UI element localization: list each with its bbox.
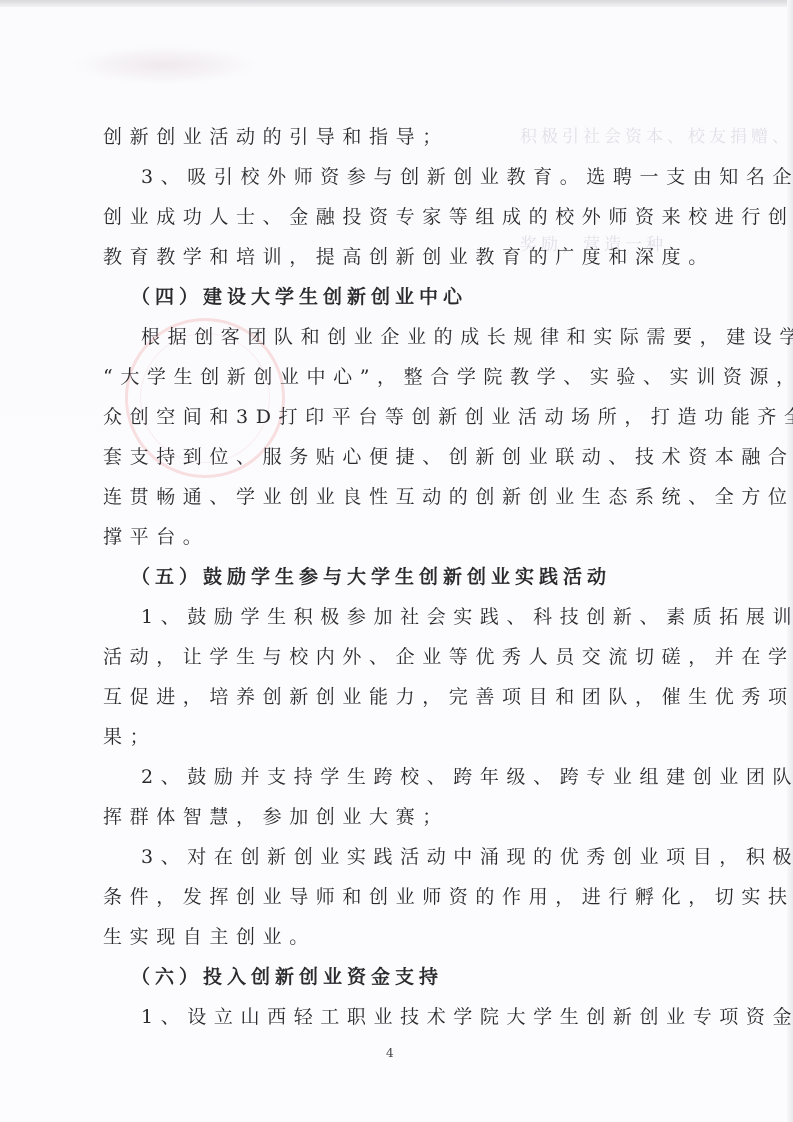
- paragraph-item-1: 1、设立山西轻工职业技术学院大学生创新创业专项资金，积: [103, 997, 689, 1037]
- paragraph-item-3: 3、对在创新创业实践活动中涌现的优秀创业项目，积极创造: [103, 837, 689, 877]
- page-number: 4: [386, 1046, 394, 1060]
- text-line: 撑平台。: [103, 517, 689, 557]
- paragraph-start: 根据创客团队和创业企业的成长规律和实际需要，建设学院: [103, 317, 689, 357]
- paragraph-item-3: 3、吸引校外师资参与创新创业教育。选聘一支由知名企业家、: [103, 157, 689, 197]
- text-line: 教育教学和培训，提高创新创业教育的广度和深度。: [103, 237, 689, 277]
- text-line: 挥群体智慧，参加创业大赛；: [103, 797, 689, 837]
- document-body: 创新创业活动的引导和指导； 3、吸引校外师资参与创新创业教育。选聘一支由知名企业…: [103, 117, 689, 1037]
- text-line: “大学生创新创业中心”，整合学院教学、实验、实训资源，构建: [103, 357, 689, 397]
- section-heading-5: （五）鼓励学生参与大学生创新创业实践活动: [103, 557, 689, 597]
- text-line: 果；: [103, 717, 689, 757]
- text-line: 条件，发挥创业导师和创业师资的作用，进行孵化，切实扶持大学: [103, 877, 689, 917]
- text-line: 互促进，培养创新创业能力，完善项目和团队，催生优秀项目和成: [103, 677, 689, 717]
- section-heading-6: （六）投入创新创业资金支持: [103, 957, 689, 997]
- text-line: 创新创业活动的引导和指导；: [103, 117, 689, 157]
- text-line: 活动，让学生与校内外、企业等优秀人员交流切磋，并在学习中相: [103, 637, 689, 677]
- text-line: 创业成功人士、金融投资专家等组成的校外师资来校进行创新创业: [103, 197, 689, 237]
- text-line: 生实现自主创业。: [103, 917, 689, 957]
- text-line: 套支持到位、服务贴心便捷、创新创业联动、技术资本融合、资源: [103, 437, 689, 477]
- scan-top-edge: [0, 0, 793, 7]
- section-heading-4: （四）建设大学生创新创业中心: [103, 277, 689, 317]
- scan-smudge: [70, 45, 260, 85]
- text-line: 众创空间和3D打印平台等创新创业活动场所，打造功能齐全、配: [103, 397, 689, 437]
- paragraph-item-1: 1、鼓励学生积极参加社会实践、科技创新、素质拓展训练等: [103, 597, 689, 637]
- scanned-page: 积极引社会资本、校友捐赠、支持创 奖励，营造一种 创新创业活动的引导和指导； 3…: [0, 0, 793, 1122]
- paragraph-item-2: 2、鼓励并支持学生跨校、跨年级、跨专业组建创业团队，发: [103, 757, 689, 797]
- text-line: 连贯畅通、学业创业良性互动的创新创业生态系统、全方位创业支: [103, 477, 689, 517]
